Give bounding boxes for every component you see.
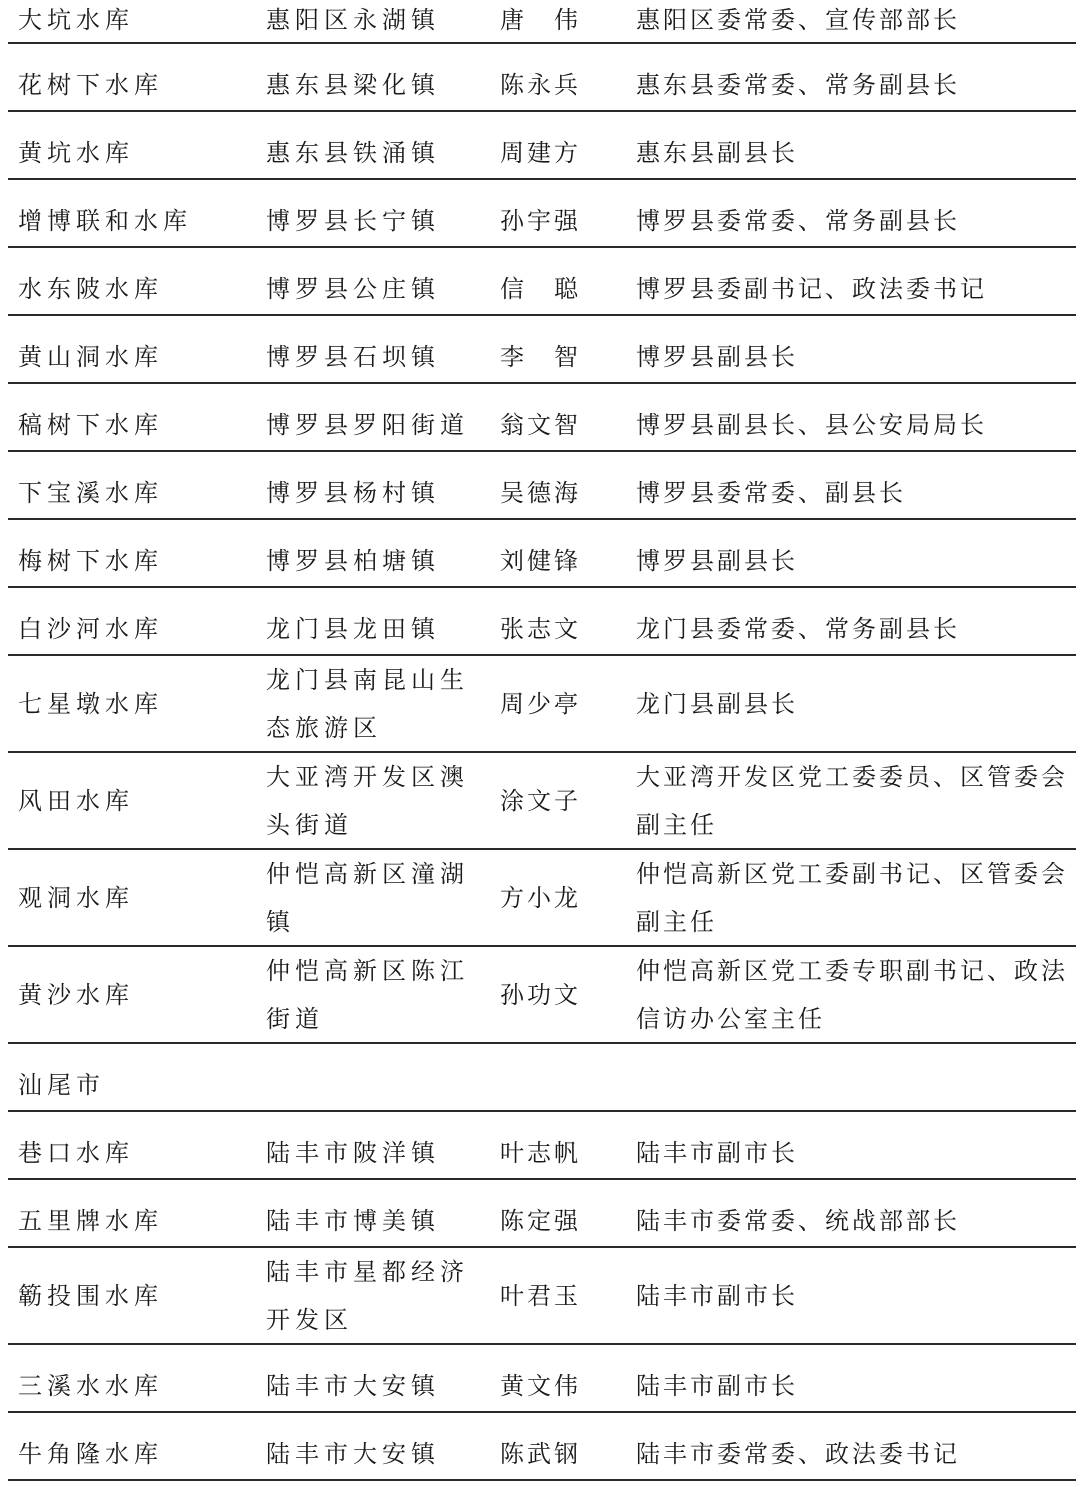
location: 仲恺高新区陈江街道 xyxy=(266,947,486,1042)
table-row: 簕投围水库 陆丰市星都经济开发区 叶君玉 陆丰市副市长 xyxy=(8,1248,1076,1345)
position: 陆丰市委常委、统战部部长 xyxy=(636,1180,1076,1246)
location: 陆丰市大安镇 xyxy=(266,1413,486,1479)
location: 博罗县长宁镇 xyxy=(266,180,486,246)
reservoir-name: 巷口水库 xyxy=(18,1112,258,1178)
location: 博罗县杨村镇 xyxy=(266,452,486,518)
reservoir-name: 水东陂水库 xyxy=(18,248,258,314)
position: 仲恺高新区党工委专职副书记、政法信访办公室主任 xyxy=(636,947,1076,1042)
responsible-person: 涂文子 xyxy=(500,753,620,848)
position: 陆丰市副市长 xyxy=(636,1248,1076,1343)
position: 博罗县委副书记、政法委书记 xyxy=(636,248,1076,314)
responsible-person: 陈定强 xyxy=(500,1180,620,1246)
responsible-person: 孙宇强 xyxy=(500,180,620,246)
table-row: 风田水库 大亚湾开发区澳头街道 涂文子 大亚湾开发区党工委委员、区管委会副主任 xyxy=(8,753,1076,850)
responsible-person: 方小龙 xyxy=(500,850,620,945)
reservoir-name: 梅树下水库 xyxy=(18,520,258,586)
table-row: 大坑水库 惠阳区永湖镇 唐 伟 惠阳区委常委、宣传部部长 xyxy=(8,0,1076,44)
location: 大亚湾开发区澳头街道 xyxy=(266,753,486,848)
responsible-person: 孙功文 xyxy=(500,947,620,1042)
table-row: 牛角隆水库 陆丰市大安镇 陈武钢 陆丰市委常委、政法委书记 xyxy=(8,1413,1076,1481)
table-row: 下宝溪水库 博罗县杨村镇 吴德海 博罗县委常委、副县长 xyxy=(8,452,1076,520)
reservoir-name: 五里牌水库 xyxy=(18,1180,258,1246)
location: 龙门县南昆山生态旅游区 xyxy=(266,656,486,751)
location: 惠阳区永湖镇 xyxy=(266,0,486,42)
location: 陆丰市大安镇 xyxy=(266,1345,486,1411)
location: 博罗县柏塘镇 xyxy=(266,520,486,586)
location: 龙门县龙田镇 xyxy=(266,588,486,654)
responsible-person: 张志文 xyxy=(500,588,620,654)
position: 仲恺高新区党工委副书记、区管委会副主任 xyxy=(636,850,1076,945)
table-row: 白沙河水库 龙门县龙田镇 张志文 龙门县委常委、常务副县长 xyxy=(8,588,1076,656)
position: 惠东县副县长 xyxy=(636,112,1076,178)
reservoir-name: 牛角隆水库 xyxy=(18,1413,258,1479)
table-row: 黄沙水库 仲恺高新区陈江街道 孙功文 仲恺高新区党工委专职副书记、政法信访办公室… xyxy=(8,947,1076,1044)
responsible-person: 陈永兵 xyxy=(500,44,620,110)
location: 惠东县铁涌镇 xyxy=(266,112,486,178)
responsible-person: 李 智 xyxy=(500,316,620,382)
position: 博罗县副县长、县公安局局长 xyxy=(636,384,1076,450)
section-row-shanwei: 汕尾市 xyxy=(8,1044,1076,1112)
location: 陆丰市星都经济开发区 xyxy=(266,1248,486,1343)
table-row: 增博联和水库 博罗县长宁镇 孙宇强 博罗县委常委、常务副县长 xyxy=(8,180,1076,248)
responsible-person: 周建方 xyxy=(500,112,620,178)
reservoir-name: 簕投围水库 xyxy=(18,1248,258,1343)
location: 博罗县公庄镇 xyxy=(266,248,486,314)
reservoir-name: 三溪水水库 xyxy=(18,1345,258,1411)
reservoir-name: 观洞水库 xyxy=(18,850,258,945)
responsible-person: 叶志帆 xyxy=(500,1112,620,1178)
location: 博罗县石坝镇 xyxy=(266,316,486,382)
reservoir-name: 白沙河水库 xyxy=(18,588,258,654)
table-row: 观洞水库 仲恺高新区潼湖镇 方小龙 仲恺高新区党工委副书记、区管委会副主任 xyxy=(8,850,1076,947)
position: 惠阳区委常委、宣传部部长 xyxy=(636,0,1076,42)
table-row: 水东陂水库 博罗县公庄镇 信 聪 博罗县委副书记、政法委书记 xyxy=(8,248,1076,316)
reservoir-name: 稿树下水库 xyxy=(18,384,258,450)
reservoir-name: 黄沙水库 xyxy=(18,947,258,1042)
reservoir-name: 黄坑水库 xyxy=(18,112,258,178)
responsible-person: 唐 伟 xyxy=(500,0,620,42)
reservoir-responsibility-table: 大坑水库 惠阳区永湖镇 唐 伟 惠阳区委常委、宣传部部长 花树下水库 惠东县梁化… xyxy=(8,0,1076,1481)
position: 陆丰市委常委、政法委书记 xyxy=(636,1413,1076,1479)
responsible-person: 信 聪 xyxy=(500,248,620,314)
table-row: 黄坑水库 惠东县铁涌镇 周建方 惠东县副县长 xyxy=(8,112,1076,180)
position: 博罗县委常委、副县长 xyxy=(636,452,1076,518)
reservoir-name: 风田水库 xyxy=(18,753,258,848)
reservoir-name: 花树下水库 xyxy=(18,44,258,110)
table-row: 巷口水库 陆丰市陂洋镇 叶志帆 陆丰市副市长 xyxy=(8,1112,1076,1180)
responsible-person: 叶君玉 xyxy=(500,1248,620,1343)
position: 陆丰市副市长 xyxy=(636,1112,1076,1178)
position: 龙门县副县长 xyxy=(636,656,1076,751)
location: 陆丰市博美镇 xyxy=(266,1180,486,1246)
reservoir-name: 黄山洞水库 xyxy=(18,316,258,382)
responsible-person: 翁文智 xyxy=(500,384,620,450)
table-row: 梅树下水库 博罗县柏塘镇 刘健锋 博罗县副县长 xyxy=(8,520,1076,588)
table-row: 三溪水水库 陆丰市大安镇 黄文伟 陆丰市副市长 xyxy=(8,1345,1076,1413)
responsible-person: 刘健锋 xyxy=(500,520,620,586)
responsible-person: 周少亭 xyxy=(500,656,620,751)
reservoir-name: 下宝溪水库 xyxy=(18,452,258,518)
table-row: 七星墩水库 龙门县南昆山生态旅游区 周少亭 龙门县副县长 xyxy=(8,656,1076,753)
position: 博罗县委常委、常务副县长 xyxy=(636,180,1076,246)
position: 陆丰市副市长 xyxy=(636,1345,1076,1411)
position: 大亚湾开发区党工委委员、区管委会副主任 xyxy=(636,753,1076,848)
reservoir-name: 增博联和水库 xyxy=(18,180,258,246)
position: 龙门县委常委、常务副县长 xyxy=(636,588,1076,654)
position: 惠东县委常委、常务副县长 xyxy=(636,44,1076,110)
responsible-person: 吴德海 xyxy=(500,452,620,518)
table-row: 花树下水库 惠东县梁化镇 陈永兵 惠东县委常委、常务副县长 xyxy=(8,44,1076,112)
location: 陆丰市陂洋镇 xyxy=(266,1112,486,1178)
reservoir-name: 七星墩水库 xyxy=(18,656,258,751)
position: 博罗县副县长 xyxy=(636,316,1076,382)
reservoir-name: 大坑水库 xyxy=(18,0,258,42)
section-label: 汕尾市 xyxy=(18,1044,105,1110)
responsible-person: 陈武钢 xyxy=(500,1413,620,1479)
table-row: 黄山洞水库 博罗县石坝镇 李 智 博罗县副县长 xyxy=(8,316,1076,384)
responsible-person: 黄文伟 xyxy=(500,1345,620,1411)
location: 博罗县罗阳街道 xyxy=(266,384,486,450)
table-row: 五里牌水库 陆丰市博美镇 陈定强 陆丰市委常委、统战部部长 xyxy=(8,1180,1076,1248)
position: 博罗县副县长 xyxy=(636,520,1076,586)
location: 仲恺高新区潼湖镇 xyxy=(266,850,486,945)
table-row: 稿树下水库 博罗县罗阳街道 翁文智 博罗县副县长、县公安局局长 xyxy=(8,384,1076,452)
location: 惠东县梁化镇 xyxy=(266,44,486,110)
